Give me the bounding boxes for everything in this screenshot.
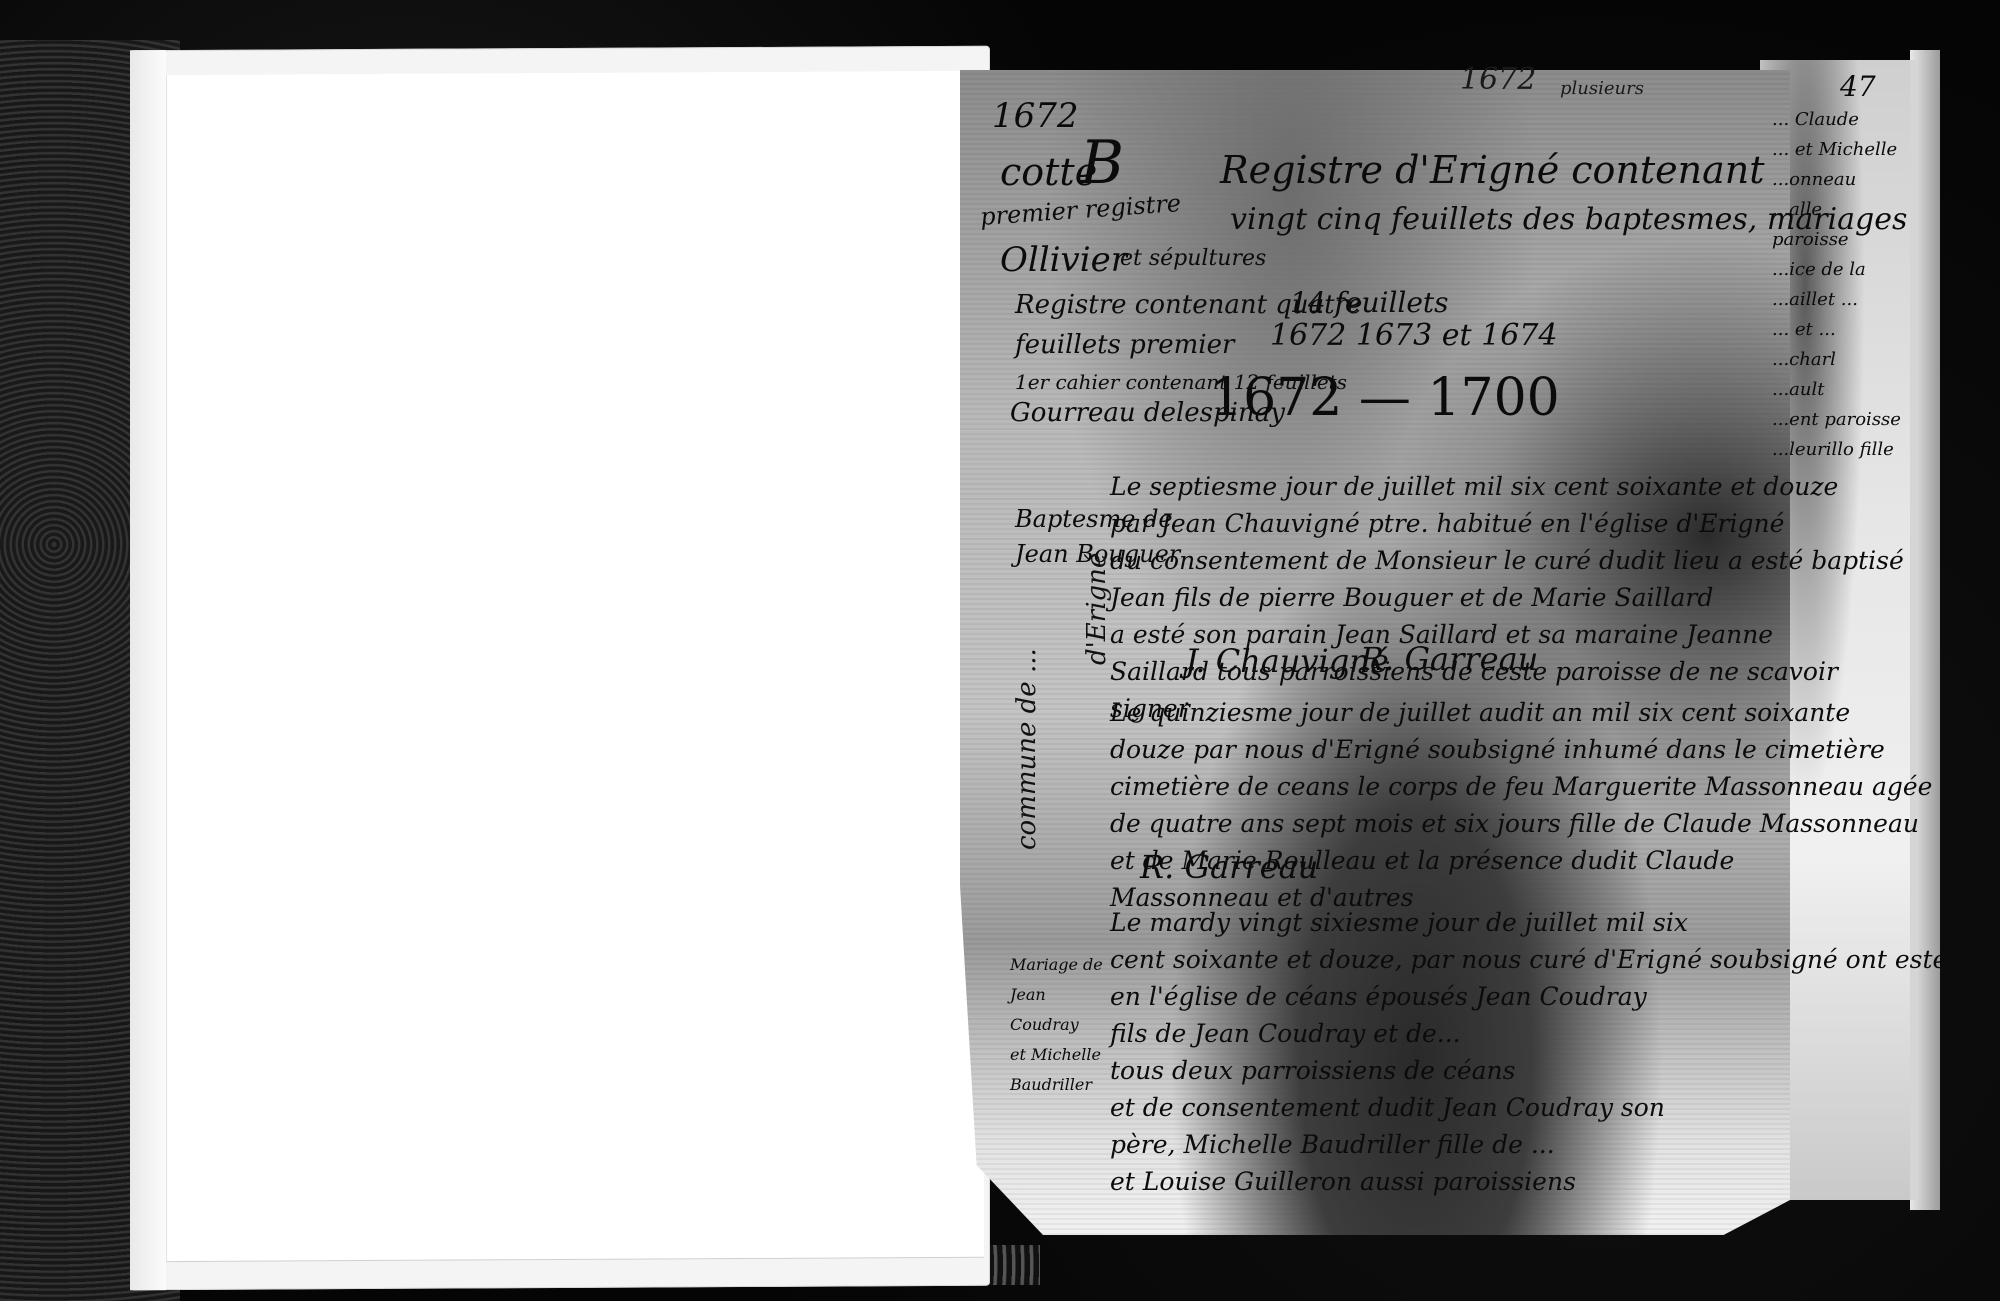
feuillets-count: 14 feuillets bbox=[1290, 286, 1449, 319]
cote-letter: B bbox=[1080, 128, 1124, 198]
folio-number: 47 bbox=[1840, 70, 1876, 103]
vertical-margin-note-erigne: d'Erigné bbox=[1082, 553, 1112, 665]
margin-line: Mariage de Jean bbox=[1010, 950, 1120, 1010]
fragment: ...charl bbox=[1772, 345, 1902, 375]
register-title-line-1: Registre d'Erigné contenant bbox=[1220, 148, 1765, 192]
fragment: ...leurillo fille bbox=[1772, 435, 1902, 465]
margin-line: et Michelle bbox=[1010, 1040, 1120, 1070]
signature-garreau: R. Garreau bbox=[1360, 640, 1538, 678]
entry-line: fils de Jean Coudray et de... bbox=[1110, 1015, 1947, 1052]
cover-sheet-inner bbox=[166, 71, 984, 1262]
entry-line: Le septiesme jour de juillet mil six cen… bbox=[1110, 468, 1904, 505]
fragment: ...onneau bbox=[1772, 165, 1902, 195]
fragment: ...ice de la bbox=[1772, 255, 1902, 285]
entry-line: Jean fils de pierre Bouguer et de Marie … bbox=[1110, 579, 1904, 616]
signature-chauvigne: J. Chauvigné bbox=[1185, 642, 1389, 680]
entry-line: en l'église de céans épousés Jean Coudra… bbox=[1110, 978, 1947, 1015]
entry-line: cimetière de ceans le corps de feu Margu… bbox=[1110, 768, 1932, 805]
top-note: plusieurs bbox=[1560, 78, 1644, 99]
entry-line: et Louise Guilleron aussi paroissiens bbox=[1110, 1163, 1947, 1200]
fragment: ... et Michelle bbox=[1772, 135, 1902, 165]
fragment: ... et ... bbox=[1772, 315, 1902, 345]
signature-gourreau: Gourreau delespinay bbox=[1010, 398, 1285, 428]
fragment: ... Claude bbox=[1772, 105, 1902, 135]
entry-line: douze par nous d'Erigné soubsigné inhumé… bbox=[1110, 731, 1932, 768]
fragment: ...ent paroisse bbox=[1772, 405, 1902, 435]
vertical-margin-note-commune: commune de ... bbox=[1012, 648, 1042, 850]
entry-1-baptism: Le septiesme jour de juillet mil six cen… bbox=[1110, 468, 1904, 727]
margin-line: Baudriller bbox=[1010, 1070, 1120, 1100]
feuillets-line: feuillets premier bbox=[1015, 330, 1234, 360]
blank-cover-sheet bbox=[130, 46, 990, 1291]
strip-fragments: ... Claude ... et Michelle ...onneau ...… bbox=[1772, 105, 1902, 465]
years-list: 1672 1673 et 1674 bbox=[1270, 318, 1557, 353]
margin-name: Ollivier bbox=[1000, 240, 1127, 280]
entry-line: Le quinziesme jour de juillet audit an m… bbox=[1110, 694, 1932, 731]
fragment: ...alle paroisse bbox=[1772, 195, 1902, 255]
entry-3-marriage: Le mardy vingt sixiesme jour de juillet … bbox=[1110, 904, 1947, 1200]
entry-line: par Jean Chauvigné ptre. habitué en l'ég… bbox=[1110, 505, 1904, 542]
entry-line: tous deux parroissiens de céans bbox=[1110, 1052, 1947, 1089]
entry-line: Le mardy vingt sixiesme jour de juillet … bbox=[1110, 904, 1947, 941]
signature-garreau: R. Garreau bbox=[1140, 848, 1318, 886]
year-annotation-top: 1672 bbox=[1460, 62, 1536, 97]
sepultures-text: et sépultures bbox=[1120, 246, 1266, 271]
margin-line: Coudray bbox=[1010, 1010, 1120, 1040]
entry-line: cent soixante et douze, par nous curé d'… bbox=[1110, 941, 1947, 978]
fragment: ...ault bbox=[1772, 375, 1902, 405]
fragment: ...aillet ... bbox=[1772, 285, 1902, 315]
entry-line: du consentement de Monsieur le curé dudi… bbox=[1110, 542, 1904, 579]
entry-line: et de consentement dudit Jean Coudray so… bbox=[1110, 1089, 1947, 1126]
year-annotation: 1672 bbox=[992, 96, 1079, 136]
cover-flap bbox=[130, 50, 166, 1290]
entry-3-margin: Mariage de Jean Coudray et Michelle Baud… bbox=[1010, 950, 1120, 1100]
entry-line: de quatre ans sept mois et six jours fil… bbox=[1110, 805, 1932, 842]
entry-line: père, Michelle Baudriller fille de ... bbox=[1110, 1126, 1947, 1163]
